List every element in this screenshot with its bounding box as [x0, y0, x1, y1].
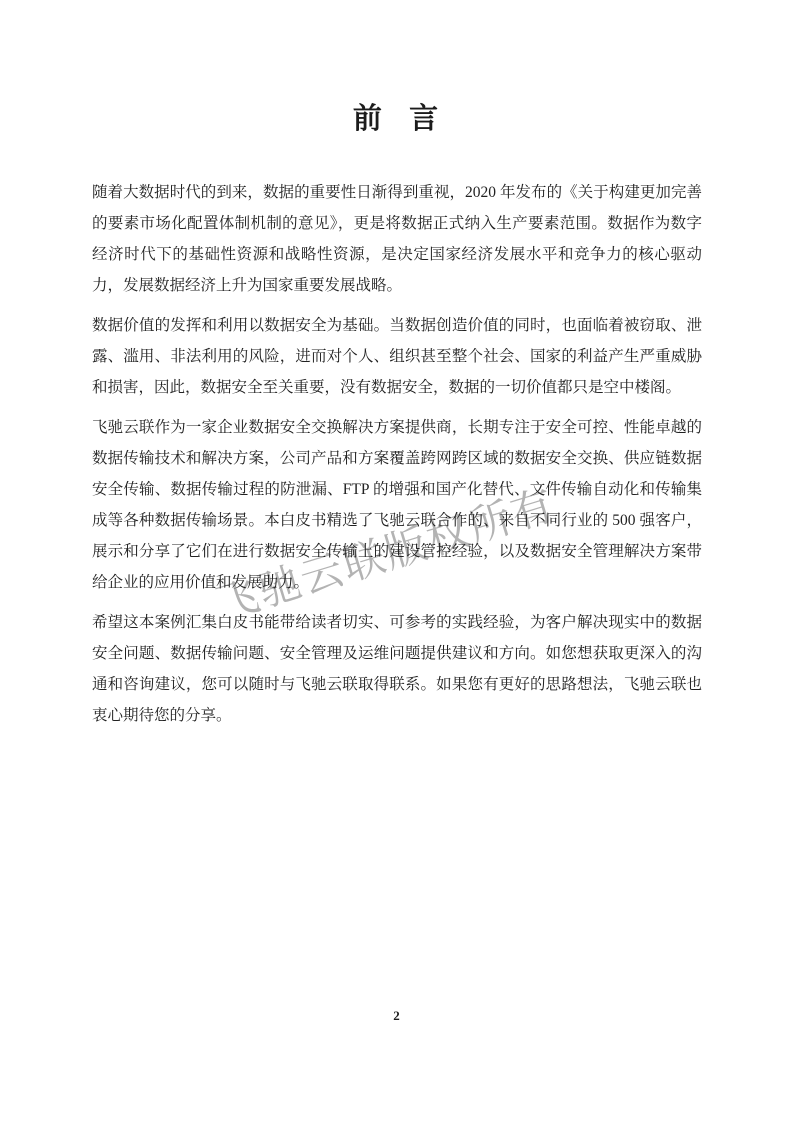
paragraph: 希望这本案例汇集白皮书能带给读者切实、可参考的实践经验，为客户解决现实中的数据安… [92, 607, 702, 731]
body-text: 随着大数据时代的到来，数据的重要性日渐得到重视，2020 年发布的《关于构建更加… [92, 177, 702, 740]
paragraph: 飞驰云联作为一家企业数据安全交换解决方案提供商，长期专注于安全可控、性能卓越的数… [92, 412, 702, 598]
page-title: 前 言 [0, 96, 793, 137]
page-number: 2 [0, 1008, 793, 1024]
paragraph: 随着大数据时代的到来，数据的重要性日渐得到重视，2020 年发布的《关于构建更加… [92, 177, 702, 301]
document-page: 飞驰云联版权所有 前 言 随着大数据时代的到来，数据的重要性日渐得到重视，202… [0, 0, 793, 1122]
paragraph: 数据价值的发挥和利用以数据安全为基础。当数据创造价值的同时，也面临着被窃取、泄露… [92, 310, 702, 403]
